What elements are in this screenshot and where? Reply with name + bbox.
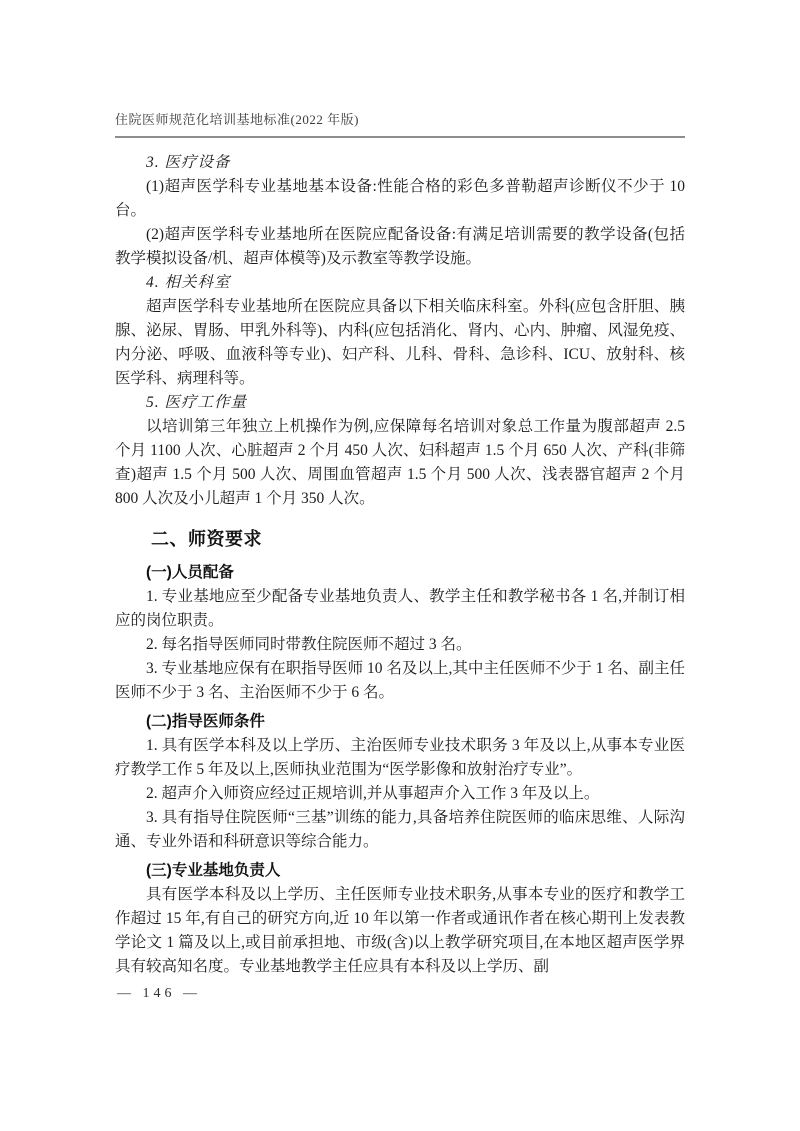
paragraph: (2)超声医学科专业基地所在医院应配备设备:有满足培训需要的教学设备(包括教学模…: [115, 223, 685, 271]
paragraph: 3. 具有指导住院医师“三基”训练的能力,具备培养住院医师的临床思维、人际沟通、…: [115, 806, 685, 854]
document-body: 3. 医疗设备 (1)超声医学科专业基地基本设备:性能合格的彩色多普勒超声诊断仪…: [115, 151, 685, 979]
section-heading: 二、师资要求: [115, 527, 685, 551]
numbered-subheading: 5. 医疗工作量: [115, 391, 685, 415]
subsection-heading: (一)人员配备: [115, 561, 685, 585]
running-header-title: 住院医师规范化培训基地标准(2022 年版): [115, 112, 685, 128]
numbered-subheading: 3. 医疗设备: [115, 151, 685, 175]
subsection-heading: (三)专业基地负责人: [115, 859, 685, 883]
paragraph: 1. 具有医学本科及以上学历、主治医师专业技术职务 3 年及以上,从事本专业医疗…: [115, 734, 685, 782]
subsection-heading: (二)指导医师条件: [115, 710, 685, 734]
paragraph: 具有医学本科及以上学历、主任医师专业技术职务,从事本专业的医疗和教学工作超过 1…: [115, 883, 685, 979]
document-page: 住院医师规范化培训基地标准(2022 年版) 3. 医疗设备 (1)超声医学科专…: [0, 0, 800, 1131]
paragraph: 以培训第三年独立上机操作为例,应保障每名培训对象总工作量为腹部超声 2.5 个月…: [115, 415, 685, 511]
paragraph: 3. 专业基地应保有在职指导医师 10 名及以上,其中主任医师不少于 1 名、副…: [115, 657, 685, 705]
numbered-subheading: 4. 相关科室: [115, 271, 685, 295]
paragraph: (1)超声医学科专业基地基本设备:性能合格的彩色多普勒超声诊断仪不少于 10 台…: [115, 175, 685, 223]
running-header: 住院医师规范化培训基地标准(2022 年版): [115, 112, 685, 138]
paragraph: 2. 每名指导医师同时带教住院医师不超过 3 名。: [115, 633, 685, 657]
header-rule: [115, 136, 685, 138]
paragraph: 2. 超声介入师资应经过正规培训,并从事超声介入工作 3 年及以上。: [115, 782, 685, 806]
page-number: — 146 —: [115, 986, 685, 1002]
paragraph: 1. 专业基地应至少配备专业基地负责人、教学主任和教学秘书各 1 名,并制订相应…: [115, 585, 685, 633]
paragraph: 超声医学科专业基地所在医院应具备以下相关临床科室。外科(应包含肝胆、胰腺、泌尿、…: [115, 295, 685, 391]
